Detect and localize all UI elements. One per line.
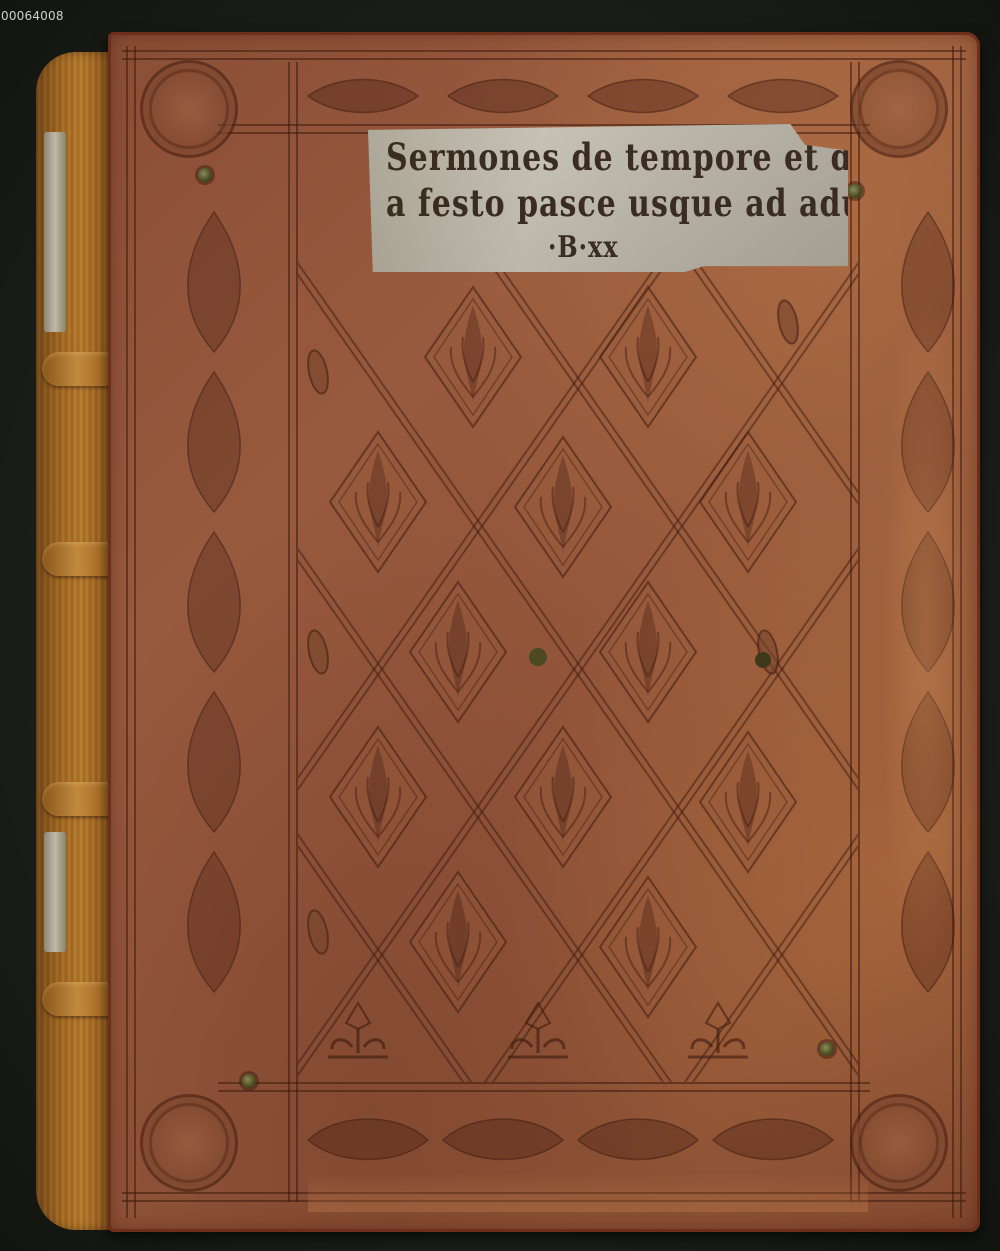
diamond-lattice-panel: [298, 132, 858, 1082]
title-label: Sermones de tempore et de sctis a festo …: [368, 124, 848, 272]
corner-rosette-stamp: [140, 1094, 238, 1192]
title-label-line-2: a festo pasce usque ad aduentum: [386, 182, 848, 226]
bottom-leaf-scroll-band: [298, 1102, 858, 1172]
fillet-line: [122, 50, 966, 52]
fillet-line: [218, 1090, 870, 1092]
brass-nail-head: [820, 1042, 834, 1056]
corner-rosette-stamp: [140, 60, 238, 158]
fillet-line: [126, 46, 128, 1218]
fillet-line: [288, 62, 290, 1202]
title-label-shelfmark: ·B·xx: [548, 228, 848, 264]
brass-nail-head: [848, 184, 862, 198]
front-cover-board: Sermones de tempore et de sctis a festo …: [108, 32, 980, 1232]
spine-label-remnant: [44, 132, 66, 332]
left-vine-roll: [144, 202, 284, 1082]
fillet-line: [858, 62, 860, 1202]
leather-wear-patch: [880, 282, 970, 982]
book: Sermones de tempore et de sctis a festo …: [28, 32, 980, 1232]
brass-nail-head: [198, 168, 212, 182]
lattice-svg: [298, 132, 858, 1082]
spine-label-remnant: [44, 832, 66, 952]
corner-rosette-stamp: [850, 60, 948, 158]
fillet-line: [218, 1082, 870, 1084]
image-id-label: 00064008: [1, 9, 64, 23]
leather-wear-patch: [308, 1172, 868, 1212]
title-label-line-1: Sermones de tempore et de sctis: [386, 136, 848, 180]
fillet-line: [134, 46, 136, 1218]
brass-nail-head: [242, 1074, 256, 1088]
fillet-line: [122, 58, 966, 60]
top-leaf-scroll-band: [298, 68, 858, 124]
